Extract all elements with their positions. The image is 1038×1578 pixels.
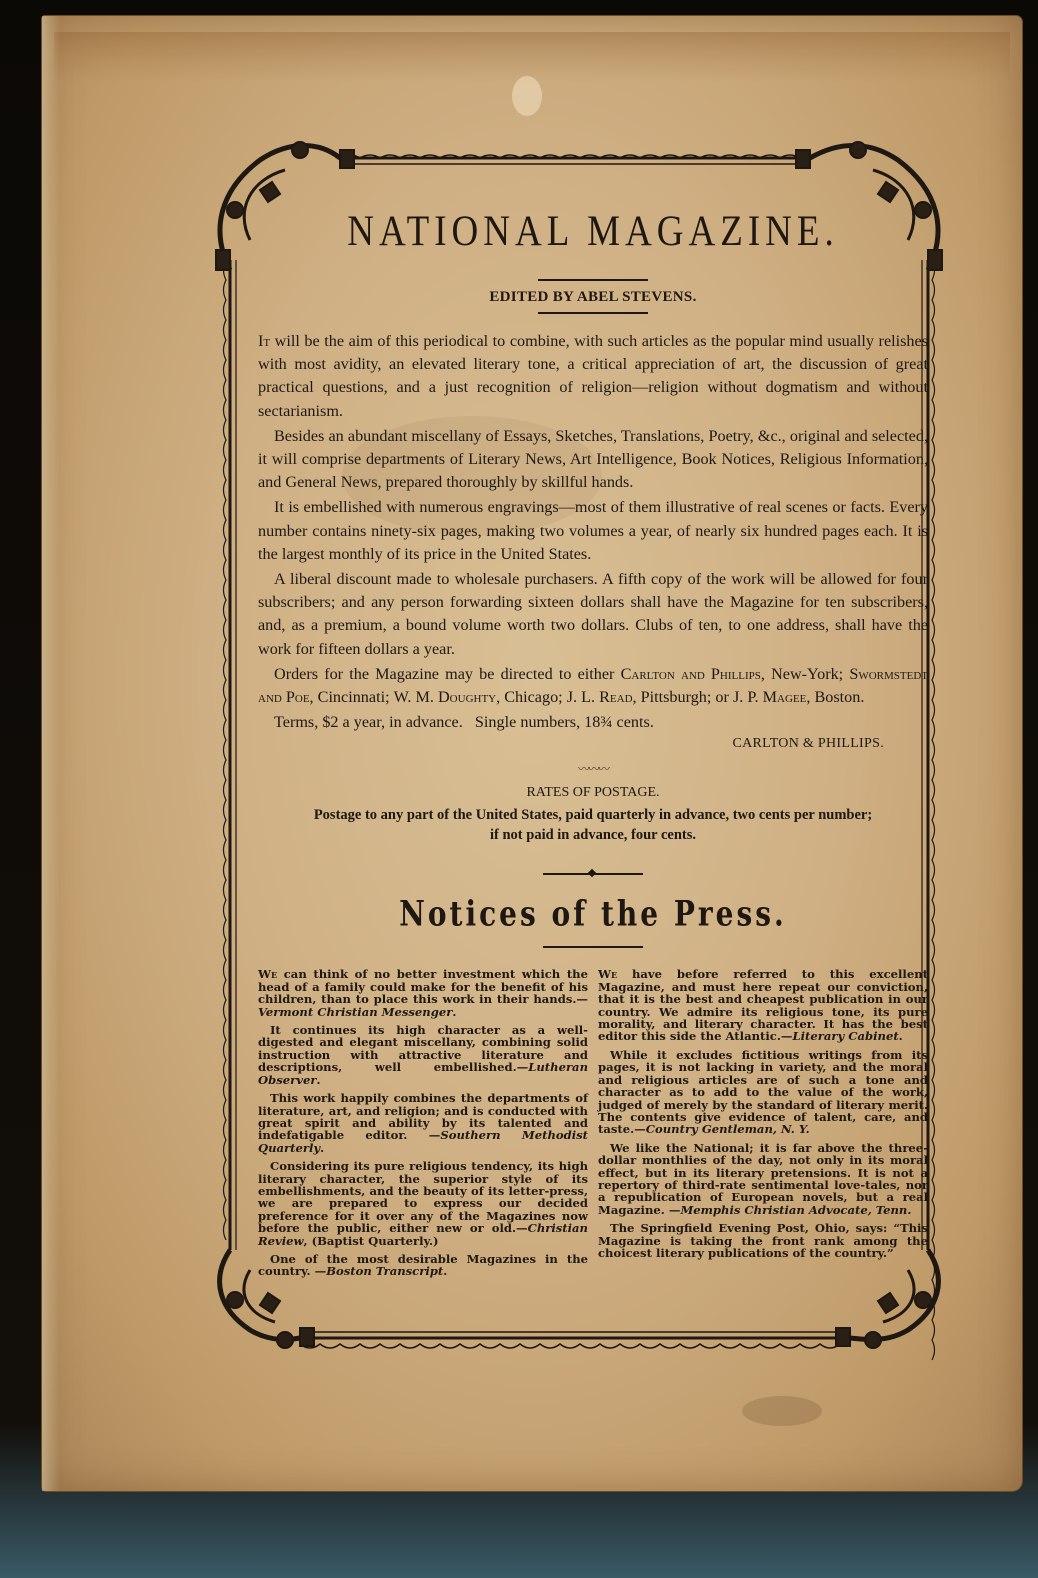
press-notice: One of the most desirable Magazines in t… xyxy=(258,1253,588,1278)
magazine-title: NATIONAL MAGAZINE. xyxy=(258,206,928,257)
divider-rule xyxy=(543,946,643,948)
orders-paragraph: Orders for the Magazine may be directed … xyxy=(258,663,928,709)
press-notice: We like the National; it is far above th… xyxy=(598,1142,928,1216)
diamond-divider xyxy=(543,873,643,875)
terms-line: Terms, $2 a year, in advance. Single num… xyxy=(258,711,928,734)
wavy-divider: 〰〰〰 xyxy=(258,760,928,777)
water-stain xyxy=(512,76,542,116)
notice-source: Memphis Christian Advocate, Tenn. xyxy=(680,1203,911,1217)
press-notices: We can think of no better investment whi… xyxy=(258,968,928,1283)
notice-source: Lutheran Observer xyxy=(258,1060,588,1086)
prospectus-text: It will be the aim of this periodical to… xyxy=(258,330,928,734)
prospectus-paragraph: It will be the aim of this periodical to… xyxy=(258,330,928,423)
press-notice: The Springfield Evening Post, Ohio, says… xyxy=(598,1222,928,1259)
prospectus-paragraph: Besides an abundant miscellany of Essays… xyxy=(258,425,928,495)
notices-right-column: We have before referred to this excellen… xyxy=(598,968,928,1283)
drop-lead: It xyxy=(258,332,270,350)
prospectus-paragraph: A liberal discount made to wholesale pur… xyxy=(258,568,928,661)
agent-name: Carlton and Phillips xyxy=(621,665,761,683)
divider-rule xyxy=(538,312,648,314)
notice-source: Christian Review xyxy=(258,1221,588,1247)
postage-heading: RATES OF POSTAGE. xyxy=(258,785,928,801)
notice-source: Vermont Christian Messenger xyxy=(258,1005,452,1019)
notice-source: Southern Methodist Quarterly xyxy=(258,1128,588,1154)
notice-source: Literary Cabinet xyxy=(792,1029,898,1043)
notices-left-column: We can think of no better investment whi… xyxy=(258,968,588,1283)
press-notice: Considering its pure religious tendency,… xyxy=(258,1160,588,1247)
prospectus-paragraph: It is embellished with numerous engravin… xyxy=(258,496,928,566)
cover-content: NATIONAL MAGAZINE. EDITED BY ABEL STEVEN… xyxy=(258,200,928,1284)
press-notice: It continues its high character as a wel… xyxy=(258,1024,588,1086)
page-spine-edge xyxy=(42,16,60,1491)
publisher-signature: CARLTON & PHILLIPS. xyxy=(258,736,928,752)
divider-rule xyxy=(538,279,648,281)
editor-line: EDITED BY ABEL STEVENS. xyxy=(258,289,928,306)
agent-name: J. P. Magee xyxy=(733,688,806,706)
agent-name: J. L. Read xyxy=(567,688,633,706)
agent-name: W. M. Doughty xyxy=(394,688,497,706)
press-notice: This work happily combines the departmen… xyxy=(258,1092,588,1154)
press-notice: While it excludes fictitious writings fr… xyxy=(598,1049,928,1136)
notice-source: Boston Transcript xyxy=(326,1264,443,1278)
postage-text: Postage to any part of the United States… xyxy=(258,805,928,845)
press-heading: Notices of the Press. xyxy=(258,893,928,934)
notice-source: Country Gentleman, N. Y. xyxy=(646,1122,810,1136)
press-notice: We can think of no better investment whi… xyxy=(258,968,588,1018)
water-stain xyxy=(742,1396,822,1426)
press-notice: We have before referred to this excellen… xyxy=(598,968,928,1042)
